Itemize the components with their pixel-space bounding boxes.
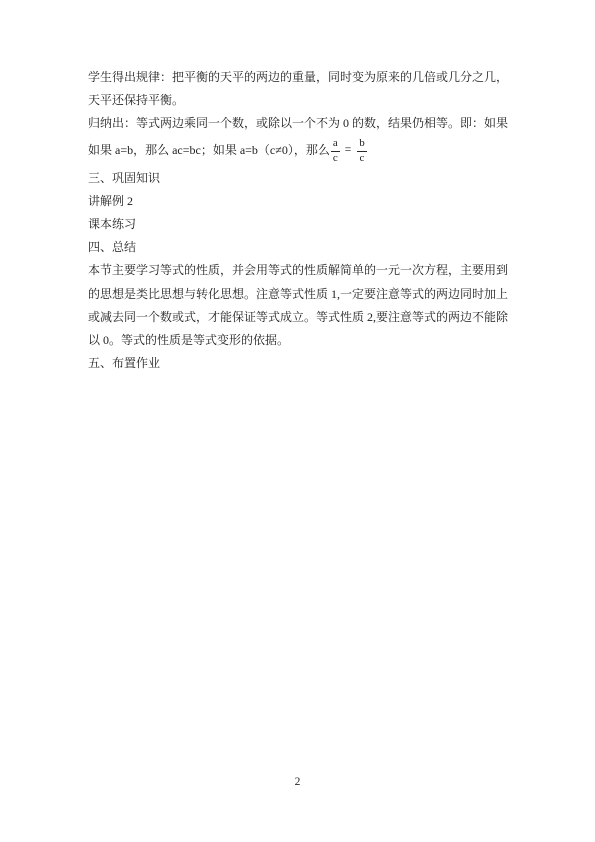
page-number: 2 [0, 776, 595, 788]
heading-section-3: 三、巩固知识 [88, 167, 510, 190]
document-page: 学生得出规律：把平衡的天平的两边的重量，同时变为原来的几倍或几分之几， 天平还保… [0, 0, 595, 842]
fraction-left-denominator: c [333, 152, 338, 165]
paragraph-summary-line-2: 的思想是类比思想与转化思想。注意等式性质 1,一定要注意等式的两边同时加上 [88, 283, 510, 306]
paragraph-summary-line-3: 或减去同一个数或式，才能保证等式成立。等式性质 2,要注意等式的两边不能除 [88, 306, 510, 329]
equals-sign: = [345, 139, 352, 162]
document-body: 学生得出规律：把平衡的天平的两边的重量，同时变为原来的几倍或几分之几， 天平还保… [88, 66, 510, 375]
item-explain-example-2: 讲解例 2 [88, 190, 510, 213]
equation-line: 如果 a=b，那么 ac=bc；如果 a=b（c≠0），那么 a c = b c [88, 136, 510, 167]
fraction-b-over-c: b c [357, 138, 367, 164]
heading-section-4: 四、总结 [88, 236, 510, 259]
paragraph-rule-line-2: 天平还保持平衡。 [88, 89, 510, 112]
fraction-left-numerator: a [331, 138, 340, 152]
fraction-a-over-c: a c [331, 138, 340, 164]
paragraph-summary-line-4: 以 0。等式的性质是等式变形的依据。 [88, 329, 510, 352]
fraction-right-numerator: b [357, 138, 367, 152]
formula-prefix-text: 如果 a=b，那么 ac=bc；如果 a=b（c≠0），那么 [88, 139, 330, 162]
heading-section-5: 五、布置作业 [88, 352, 510, 375]
item-textbook-practice: 课本练习 [88, 213, 510, 236]
fraction-right-denominator: c [360, 152, 365, 165]
paragraph-summary-line-1: 本节主要学习等式的性质，并会用等式的性质解简单的一元一次方程，主要用到 [88, 259, 510, 282]
paragraph-conclude-line-1: 归纳出：等式两边乘同一个数，或除以一个不为 0 的数，结果仍相等。即：如果 [88, 112, 510, 135]
paragraph-rule-line-1: 学生得出规律：把平衡的天平的两边的重量，同时变为原来的几倍或几分之几， [88, 66, 510, 89]
